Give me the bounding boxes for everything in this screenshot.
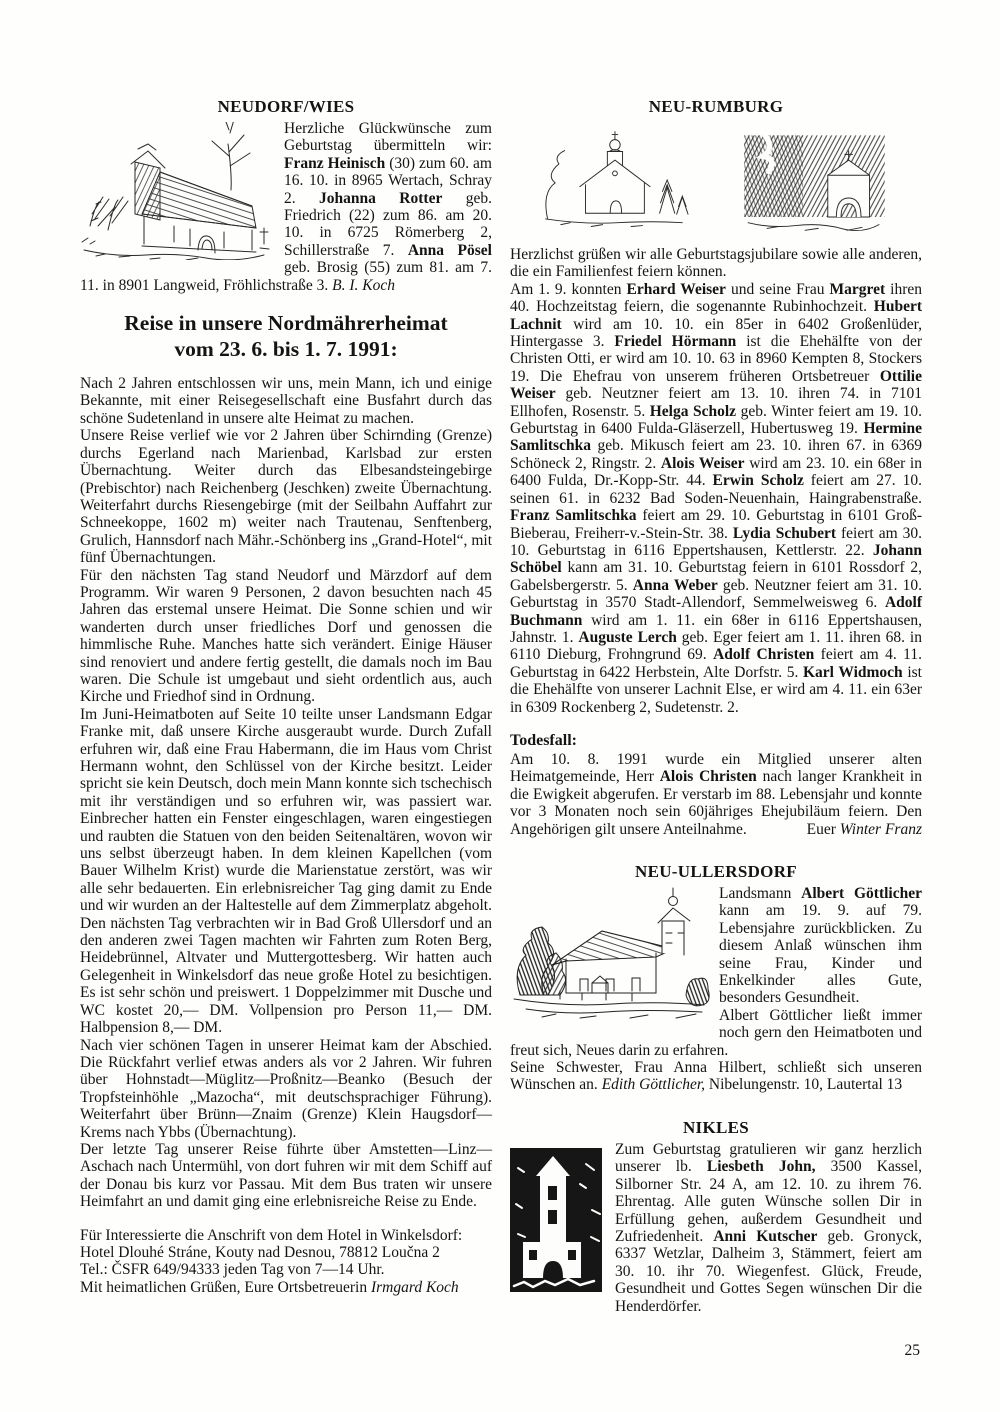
reise-paragraph: Für den nächsten Tag stand Neudorf und M… bbox=[80, 567, 492, 706]
church-with-pines-sketch-icon bbox=[534, 124, 694, 236]
spacer bbox=[80, 1211, 492, 1227]
reise-paragraph: Unsere Reise verlief wie vor 2 Jahren üb… bbox=[80, 427, 492, 566]
church-sketch-icon bbox=[78, 122, 274, 260]
ullersdorf-flow: Landsmann Albert Göttlicher kann am 19. … bbox=[510, 885, 922, 1094]
right-column: NEU-RUMBURG bbox=[510, 97, 922, 1315]
section-heading-ullersdorf: NEU-ULLERSDORF bbox=[510, 862, 922, 882]
closing-greeting: Mit heimatlichen Grüßen, Eure Ortsbetreu… bbox=[80, 1279, 492, 1296]
section-neu-rumburg: NEU-RUMBURG bbox=[510, 97, 922, 716]
reise-paragraph: Nach 2 Jahren entschlossen wir uns, mein… bbox=[80, 375, 492, 427]
spacer bbox=[510, 1094, 922, 1118]
reise-title-line2: vom 23. 6. bis 1. 7. 1991: bbox=[174, 337, 397, 361]
rumburg-jubilare: Am 1. 9. konnten Erhard Weiser und seine… bbox=[510, 281, 922, 716]
reise-paragraph: Der letzte Tag unserer Reise führte über… bbox=[80, 1141, 492, 1211]
church-sketch-icon bbox=[506, 887, 711, 1029]
section-heading-rumburg: NEU-RUMBURG bbox=[510, 97, 922, 117]
hotel-info-line: Für Interessierte die Anschrift von dem … bbox=[80, 1227, 492, 1244]
section-todesfall: Todesfall: Am 10. 8. 1991 wurde ein Mitg… bbox=[510, 731, 922, 838]
reise-title-line1: Reise in unsere Nordmährerheimat bbox=[124, 311, 447, 335]
rumburg-intro: Herzlichst grüßen wir alle Geburtstagsju… bbox=[510, 246, 922, 281]
rumburg-sketches bbox=[510, 120, 922, 246]
church-woodcut-icon bbox=[510, 1144, 602, 1296]
left-column: NEUDORF/WIES bbox=[80, 97, 492, 1296]
magazine-page: NEUDORF/WIES bbox=[0, 0, 1000, 1412]
section-heading-neudorf: NEUDORF/WIES bbox=[80, 97, 492, 117]
hotel-info-line: Hotel Dlouhé Stráne, Kouty nad Desnou, 7… bbox=[80, 1244, 492, 1261]
section-nikles: NIKLES bbox=[510, 1094, 922, 1315]
page-number: 25 bbox=[880, 1342, 920, 1360]
section-neu-ullersdorf: NEU-ULLERSDORF bbox=[510, 838, 922, 1094]
reise-title: Reise in unsere Nordmährerheimatvom 23. … bbox=[80, 310, 492, 362]
section-heading-nikles: NIKLES bbox=[510, 1118, 922, 1138]
spacer bbox=[510, 838, 922, 862]
neudorf-flow: Herzliche Glückwünsche zum Geburtstag üb… bbox=[80, 120, 492, 294]
reise-paragraph: Nach vier schönen Tagen in unserer Heima… bbox=[80, 1037, 492, 1141]
section-neudorf-wies: NEUDORF/WIES bbox=[80, 97, 492, 294]
reise-paragraph: Im Juni-Heimatboten auf Seite 10 teilte … bbox=[80, 706, 492, 1037]
hotel-info-line: Tel.: ČSFR 649/94333 jeden Tag von 7—14 … bbox=[80, 1261, 492, 1278]
nikles-flow: Zum Geburtstag gratulieren wir ganz herz… bbox=[510, 1141, 922, 1315]
forest-chapel-sketch-icon bbox=[737, 124, 892, 236]
section-reise: Reise in unsere Nordmährerheimatvom 23. … bbox=[80, 310, 492, 1296]
todesfall-heading: Todesfall: bbox=[510, 731, 922, 751]
ullersdorf-body-3: Seine Schwester, Frau Anna Hilbert, schl… bbox=[510, 1059, 922, 1094]
